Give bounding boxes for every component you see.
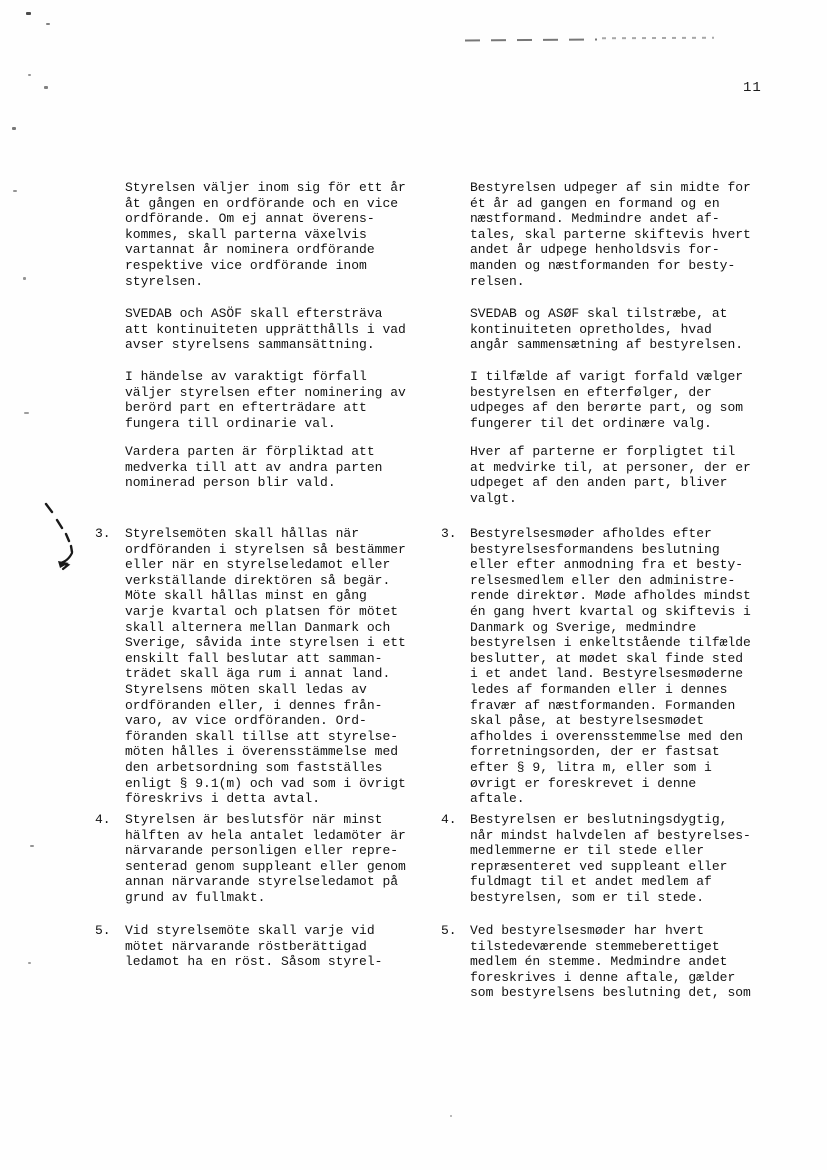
- item-text: Styrelsemöten skall hållas när ordförand…: [125, 526, 430, 807]
- list-item-swedish-5: 5. Vid styrelsemöte skall varje vid möte…: [95, 923, 430, 970]
- scan-speck: [24, 412, 29, 414]
- scan-speck: [13, 190, 17, 192]
- paragraph-danish-obligation: Hver af parterne er forpligtet til at me…: [470, 444, 770, 506]
- item-number: 4.: [95, 812, 125, 906]
- scan-smudge-line-right: [602, 37, 714, 40]
- paragraph-danish-continuity: SVEDAB og ASØF skal tilstræbe, at kontin…: [470, 306, 770, 353]
- item-text: Bestyrelsesmøder afholdes efter bestyrel…: [470, 526, 775, 807]
- item-number: 4.: [441, 812, 470, 906]
- paragraph-swedish-successor: I händelse av varaktigt förfall väljer s…: [125, 369, 425, 431]
- list-item-danish-4: 4. Bestyrelsen er beslutningsdygtig, når…: [441, 812, 775, 906]
- paragraph-swedish-continuity: SVEDAB och ASÖF skall eftersträva att ko…: [125, 306, 425, 353]
- item-number: 3.: [95, 526, 125, 807]
- scan-speck: [44, 86, 48, 89]
- scan-speck: [46, 23, 50, 25]
- item-text: Bestyrelsen er beslutningsdygtig, når mi…: [470, 812, 775, 906]
- item-number: 5.: [441, 923, 470, 1001]
- item-text: Vid styrelsemöte skall varje vid mötet n…: [125, 923, 430, 970]
- item-number: 3.: [441, 526, 470, 807]
- list-item-swedish-3: 3. Styrelsemöten skall hållas när ordför…: [95, 526, 430, 807]
- paragraph-swedish-obligation: Vardera parten är förpliktad att medverk…: [125, 444, 425, 491]
- item-text: Styrelsen är beslutsför när minst hälfte…: [125, 812, 430, 906]
- scan-speck: [12, 127, 16, 130]
- list-item-danish-3: 3. Bestyrelsesmøder afholdes efter besty…: [441, 526, 775, 807]
- paragraph-danish-successor: I tilfælde af varigt forfald vælger best…: [470, 369, 770, 431]
- scan-speck: [28, 74, 31, 76]
- scan-speck: [450, 1115, 452, 1117]
- paragraph-danish-chair-election: Bestyrelsen udpeger af sin midte for ét …: [470, 180, 770, 289]
- scan-speck: [26, 12, 31, 15]
- list-item-swedish-4: 4. Styrelsen är beslutsför när minst häl…: [95, 812, 430, 906]
- handwritten-arrow-mark: [38, 497, 86, 571]
- document-page: 11 Styrelsen väljer inom sig för ett år …: [0, 0, 827, 1170]
- scan-smudge-line-left: [465, 39, 597, 42]
- scan-speck: [23, 277, 26, 280]
- paragraph-swedish-chair-election: Styrelsen väljer inom sig för ett år åt …: [125, 180, 425, 289]
- scan-speck: [28, 962, 31, 964]
- item-text: Ved bestyrelsesmøder har hvert tilstedev…: [470, 923, 775, 1001]
- page-number: 11: [743, 80, 762, 96]
- scan-speck: [30, 845, 34, 847]
- item-number: 5.: [95, 923, 125, 970]
- list-item-danish-5: 5. Ved bestyrelsesmøder har hvert tilste…: [441, 923, 775, 1001]
